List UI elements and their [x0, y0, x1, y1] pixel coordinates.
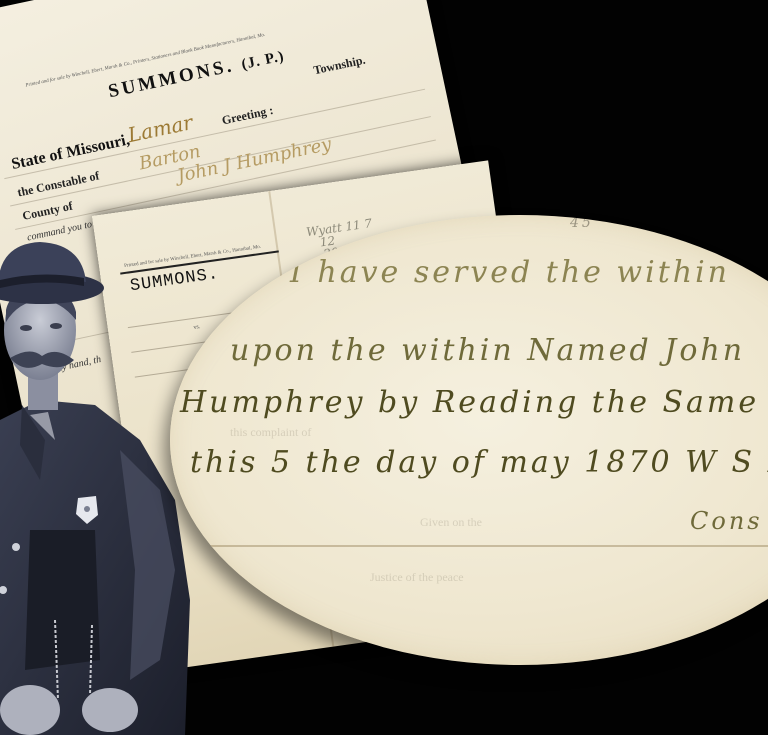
handwriting-line: Cons: [690, 507, 763, 535]
handwriting-line: Humphrey by Reading the Same to: [180, 385, 768, 420]
scene: Printed and for sale by Winchell, Ebert,…: [0, 0, 768, 735]
fold-line: [170, 545, 768, 547]
township-label: Township.: [312, 53, 367, 79]
handwriting-line: I have served the within: [290, 255, 730, 290]
faint-print: this complaint of: [230, 425, 311, 440]
corner-note: 45: [570, 215, 594, 231]
title-suffix: (J. P.): [240, 48, 286, 73]
handwriting-line: this 5 the day of may 1870 W S E: [190, 445, 768, 480]
faint-print: Justice of the peace: [370, 570, 464, 585]
state-label: State of Missouri,: [10, 131, 132, 174]
vs-label: vs.: [193, 324, 201, 331]
handwritten-county: Lamar: [126, 110, 195, 147]
lawman-portrait-icon: [0, 240, 190, 735]
document-title: SUMMONS. (J. P.): [106, 44, 286, 103]
greeting-label: Greeting :: [221, 103, 275, 129]
portrait-photo: [0, 240, 190, 735]
faint-print: Given on the: [420, 515, 482, 530]
handwriting-line: upon the within Named John: [230, 333, 745, 368]
